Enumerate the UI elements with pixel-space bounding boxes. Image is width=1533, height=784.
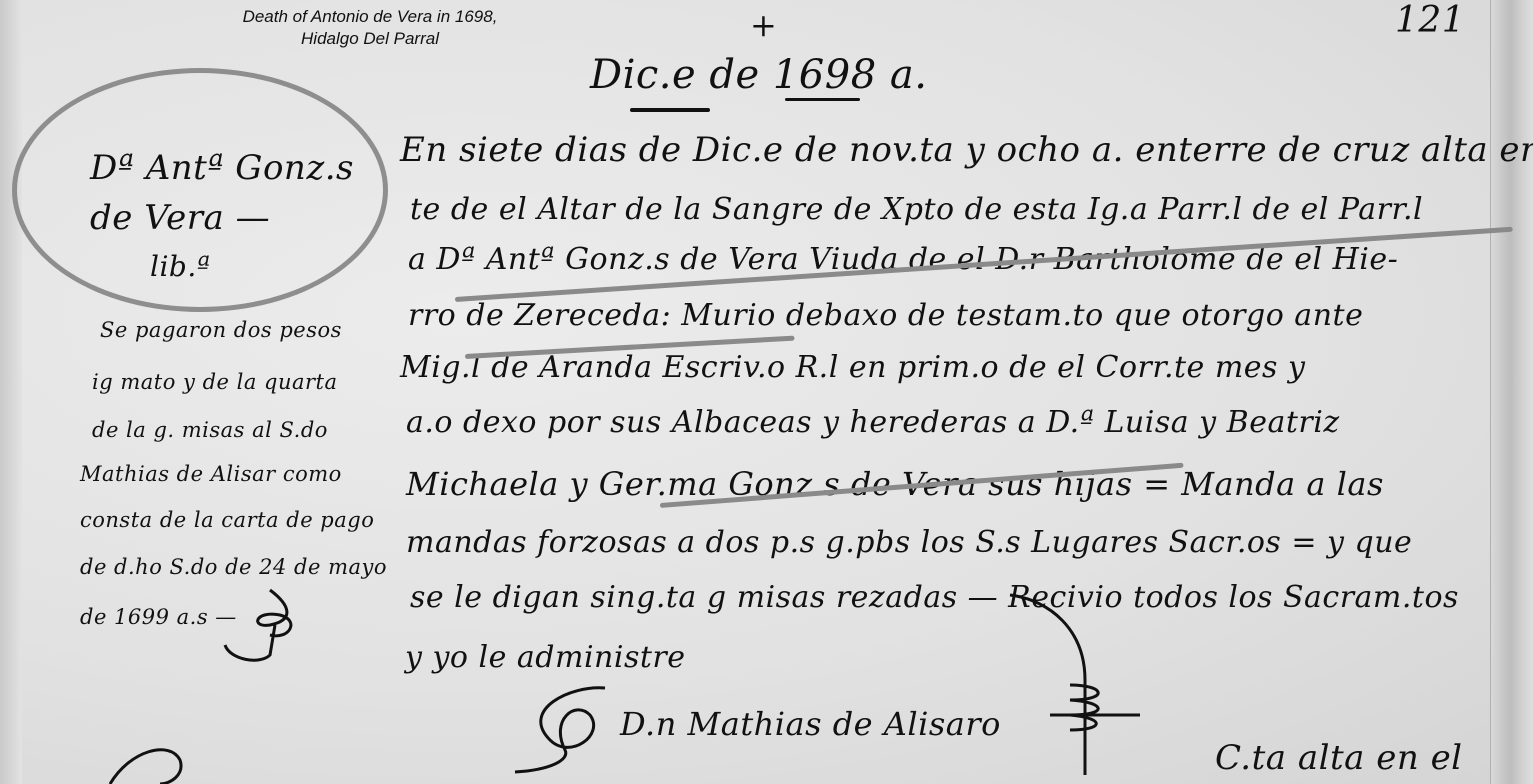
- margin-note-line-3: de la g. misas al S.do: [92, 418, 328, 442]
- heading-underline: [630, 108, 710, 112]
- image-caption: Death of Antonio de Vera in 1698, Hidalg…: [185, 6, 555, 50]
- body-line-4: rro de Zereceda: Murio debaxo de testam.…: [408, 298, 1363, 333]
- folio-number: 121: [1395, 0, 1465, 41]
- body-line-5: Mig.l de Aranda Escriv.o R.l en prim.o d…: [400, 350, 1305, 385]
- margin-note-line-5: consta de la carta de pago: [80, 508, 374, 532]
- next-entry-partial-text: C.ta alta en el: [1215, 738, 1463, 778]
- margin-note-line-2: ig mato y de la quarta: [92, 370, 338, 394]
- margin-name-line-1: Dª Antª Gonz.s: [90, 148, 354, 188]
- signature-rubric: [990, 590, 1150, 780]
- entry-date-heading: Dic.e de 1698 a.: [590, 52, 927, 98]
- margin-name-line-3: lib.ª: [150, 250, 211, 283]
- page-left-edge: [0, 0, 22, 784]
- cross-icon: +: [750, 6, 777, 44]
- body-line-1: En siete dias de Dic.e de nov.ta y ocho …: [400, 130, 1533, 170]
- margin-note-line-6: de d.ho S.do de 24 de mayo: [80, 555, 387, 579]
- margin-note-line-1: Se pagaron dos pesos: [100, 318, 342, 342]
- body-line-9: se le digan sing.ta g misas rezadas — Re…: [410, 580, 1459, 615]
- margin-note-line-4: Mathias de Alisar como: [80, 462, 342, 486]
- signature-d-flourish: [510, 680, 640, 775]
- page-fold-shadow: [1490, 0, 1533, 784]
- margin-name-line-2: de Vera —: [90, 198, 270, 238]
- heading-year-underline: [785, 98, 860, 101]
- margin-rubric-flourish: [200, 580, 310, 670]
- body-line-10: y yo le administre: [405, 640, 686, 675]
- body-line-8: mandas forzosas a dos p.s g.pbs los S.s …: [406, 525, 1412, 560]
- body-line-6: a.o dexo por sus Albaceas y herederas a …: [406, 405, 1340, 440]
- manuscript-page: Death of Antonio de Vera in 1698, Hidalg…: [0, 0, 1533, 784]
- next-entry-initial-flourish: [100, 740, 220, 784]
- priest-signature: D.n Mathias de Alisaro: [620, 705, 1001, 743]
- caption-line-2: Hidalgo Del Parral: [185, 28, 555, 50]
- body-line-2: te de el Altar de la Sangre de Xpto de e…: [410, 192, 1423, 227]
- caption-line-1: Death of Antonio de Vera in 1698,: [185, 6, 555, 28]
